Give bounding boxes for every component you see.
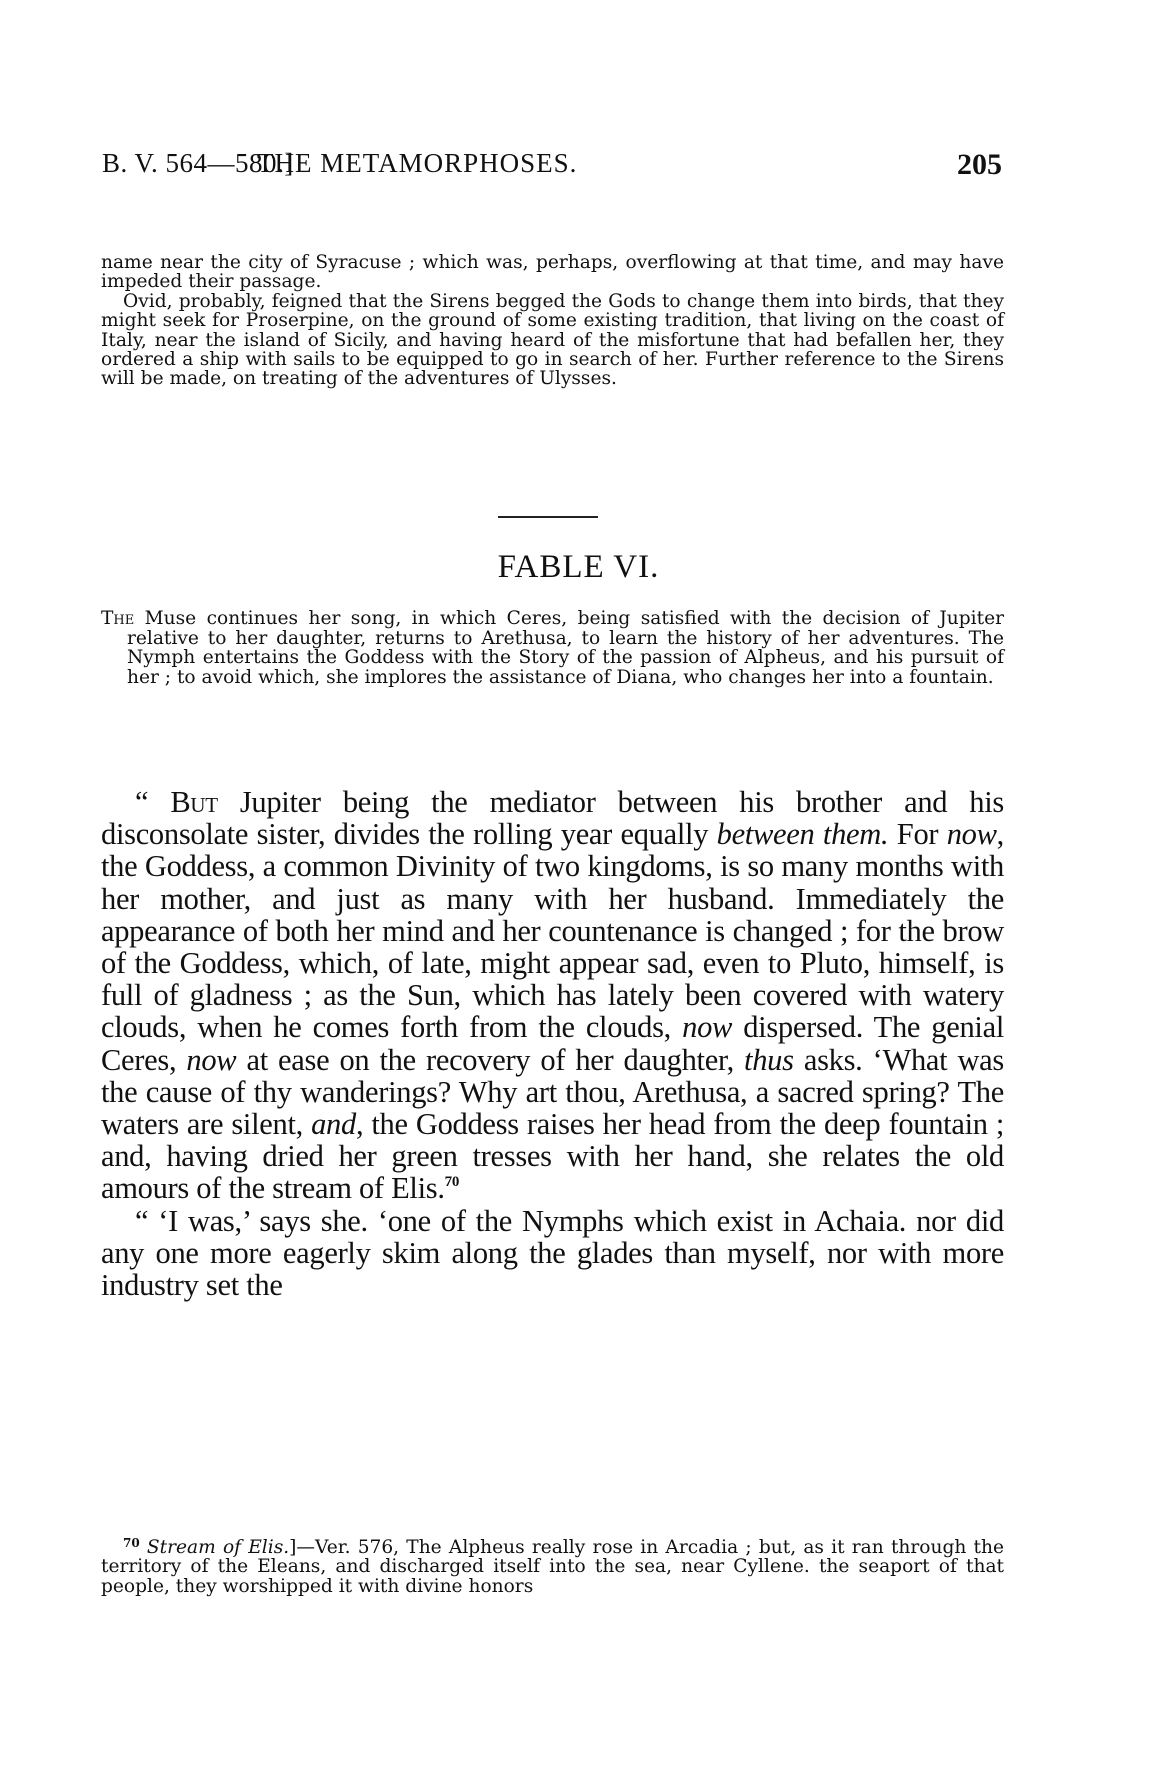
note-paragraph: Ovid, probably, feigned that the Sirens …	[101, 292, 1004, 389]
italic-run: now	[682, 1010, 732, 1044]
footnote-number: 70	[123, 1536, 140, 1550]
fable-argument: The Muse continues her song, in which Ce…	[101, 609, 1004, 687]
footnote: 70 Stream of Elis.]—Ver. 576, The Alpheu…	[101, 1538, 1004, 1596]
main-paragraph: “ But Jupiter being the mediator between…	[101, 786, 1004, 1205]
running-title: THE METAMORPHOSES.	[257, 143, 577, 183]
note-paragraph: name near the city of Syracuse ; which w…	[101, 253, 1004, 292]
fable-heading: FABLE VI.	[0, 549, 1157, 586]
lead-word: But	[170, 785, 217, 819]
footnote-verse-reference: ]—Ver. 576,	[289, 1537, 399, 1558]
text-run: For	[888, 817, 946, 851]
italic-run: between them.	[717, 817, 889, 851]
main-paragraph: “ ‘I was,’ says she. ‘one of the Nymphs …	[101, 1205, 1004, 1302]
footnotes: 70 Stream of Elis.]—Ver. 576, The Alpheu…	[101, 1538, 1004, 1596]
italic-run: thus	[744, 1043, 794, 1077]
argument-lead-word: The	[101, 608, 134, 629]
argument-text: Muse continues her song, in which Ceres,…	[127, 608, 1004, 688]
italic-run: now	[186, 1043, 236, 1077]
footnote-lemma: Stream of Elis.	[147, 1537, 289, 1558]
page-number: 205	[957, 145, 1002, 185]
section-divider-rule	[498, 516, 598, 518]
book-page: B. V. 564—580.] THE METAMORPHOSES. 205 n…	[0, 0, 1157, 1773]
italic-run: and	[311, 1107, 356, 1141]
continued-notes: name near the city of Syracuse ; which w…	[101, 253, 1004, 389]
running-head: B. V. 564—580.] THE METAMORPHOSES. 205	[102, 143, 1002, 183]
main-text: “ But Jupiter being the mediator between…	[101, 786, 1004, 1301]
footnote-reference[interactable]: 70	[445, 1174, 459, 1190]
italic-run: now	[947, 817, 997, 851]
text-run: at ease on the recovery of her daughter,	[236, 1043, 744, 1077]
open-quote: “	[135, 785, 170, 819]
